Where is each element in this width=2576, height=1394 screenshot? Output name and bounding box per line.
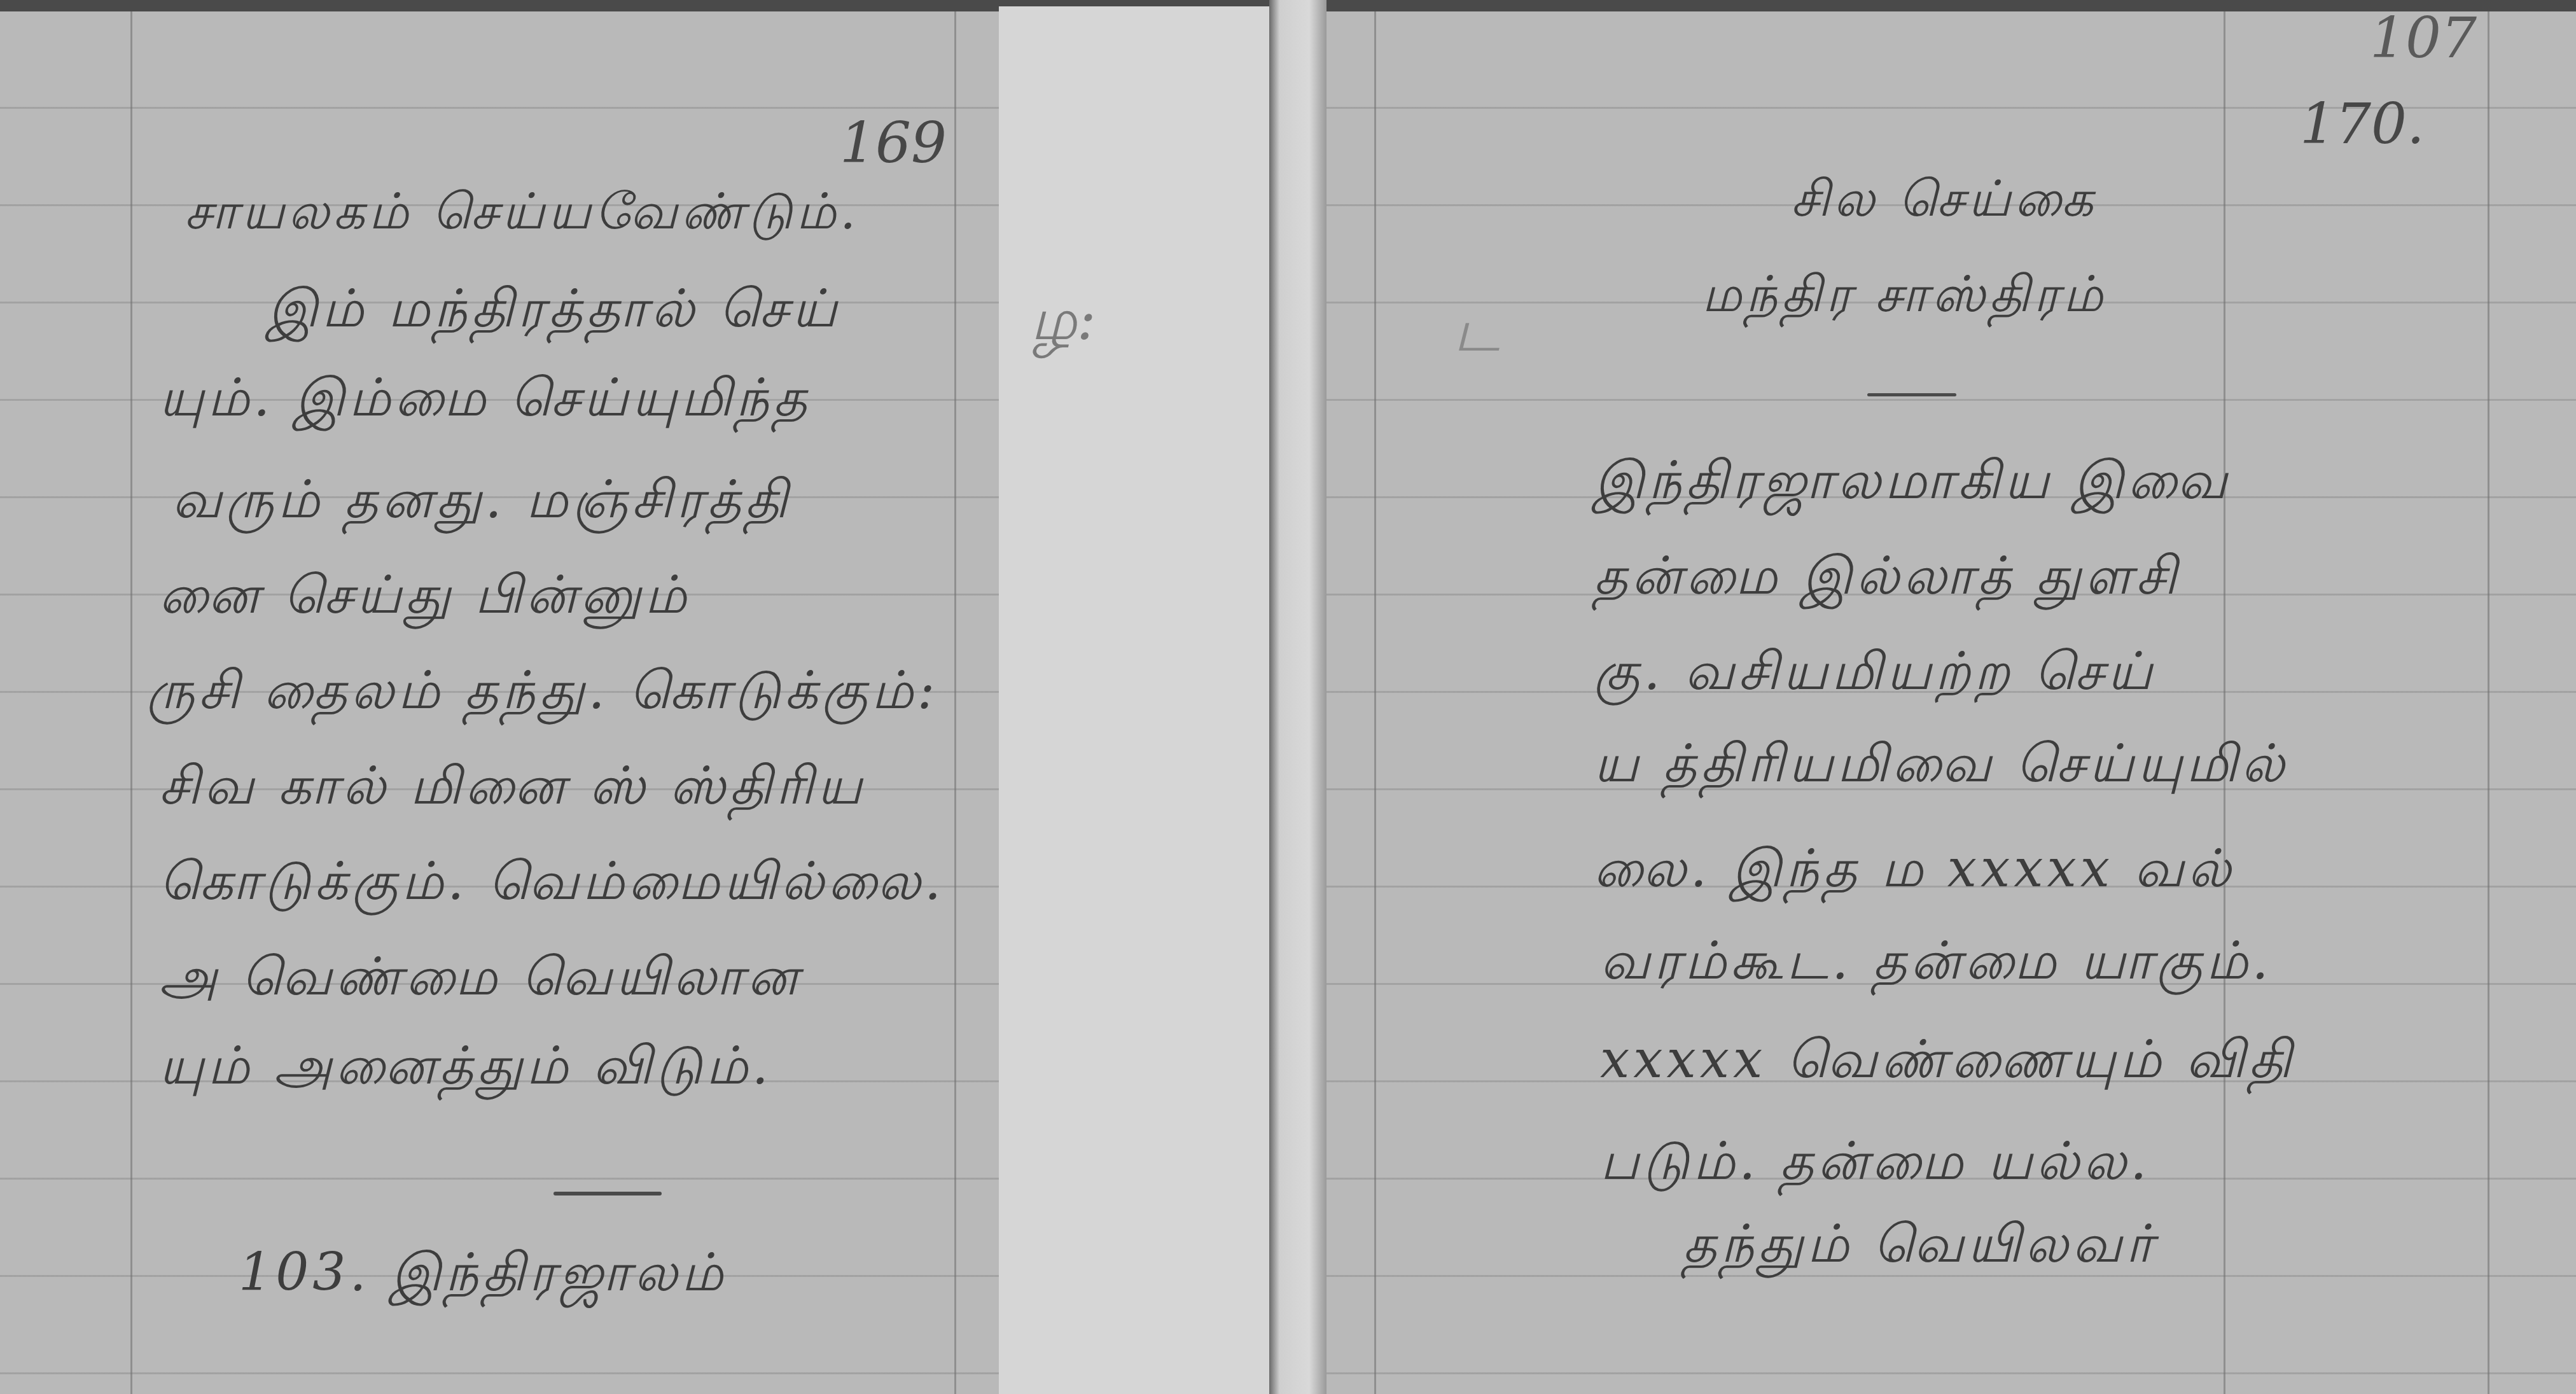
right-line-1: இந்திரஜாலமாகிய இவை	[1594, 450, 2231, 518]
right-line-2: தன்மை இல்லாத் துளசி	[1594, 546, 2180, 613]
right-line-7: xxxxx வெண்ணையும் விதி	[1600, 1029, 2295, 1097]
section-title: இந்திரஜாலம்	[391, 1243, 727, 1303]
right-line-8: படும். தன்மை யல்ல.	[1600, 1131, 2150, 1199]
flyleaf-marginal-note: ழ:	[1031, 286, 1096, 361]
right-line-6: வரம்கூட. தன்மை யாகும்.	[1600, 931, 2273, 998]
right-page: 107 170. ட சில செய்கை மந்திர சாஸ்திரம் இ…	[1326, 11, 2576, 1394]
folio-number: 107	[2370, 5, 2477, 71]
left-line-5: னை செய்து பின்னும்	[159, 565, 690, 632]
left-line-9: அ வெண்மை வெயிலான	[159, 947, 802, 1014]
left-line-2: இம் மந்திரத்தால் செய்	[267, 279, 840, 346]
right-page-number: 170.	[2300, 91, 2425, 157]
left-page-right-rule	[954, 11, 956, 1394]
left-page: 169 சாயலகம் செய்யவேண்டும். இம் மந்திரத்த…	[0, 11, 999, 1394]
left-line-6: ருசி தைலம் தந்து. கொடுக்கும்:	[146, 660, 938, 728]
left-line-8: கொடுக்கும். வெம்மையில்லை.	[159, 851, 945, 919]
right-line-9: தந்தும் வெயிலவர்	[1683, 1214, 2157, 1281]
section-divider	[553, 1192, 662, 1195]
right-page-margin-line	[2224, 11, 2225, 1394]
left-line-1: சாயலகம் செய்யவேண்டும்.	[184, 183, 860, 247]
right-heading-2: மந்திர சாஸ்திரம்	[1702, 266, 2107, 330]
right-heading-1: சில செய்கை	[1791, 171, 2097, 234]
right-heading-divider	[1867, 393, 1956, 396]
left-line-4: வரும் தனது. மஞ்சிரத்தி	[172, 470, 791, 537]
right-line-3: கு. வசியமியற்ற செய்	[1594, 641, 2156, 709]
book-gutter	[1269, 0, 1326, 1394]
right-line-4: ய த்திரியமிவை செய்யுமில்	[1594, 734, 2288, 801]
left-page-number: 169	[840, 110, 947, 176]
section-number: 103.	[239, 1243, 370, 1303]
right-page-right-rule	[2488, 11, 2489, 1394]
flyleaf-strip: ழ:	[999, 6, 1269, 1394]
right-page-left-edge-rule	[1374, 11, 1376, 1394]
right-margin-mark: ட	[1454, 298, 1500, 372]
left-page-margin-line	[130, 11, 132, 1394]
left-line-3: யும். இம்மை செய்யுமிந்த	[159, 368, 811, 435]
left-line-10: யும் அனைத்தும் விடும்.	[159, 1036, 772, 1103]
section-heading: 103. இந்திரஜாலம்	[239, 1243, 727, 1310]
right-line-5: லை. இந்த ம xxxxx வல்	[1594, 839, 2235, 906]
left-line-7: சிவ கால் மினை ஸ் ஸ்திரிய	[159, 756, 866, 823]
